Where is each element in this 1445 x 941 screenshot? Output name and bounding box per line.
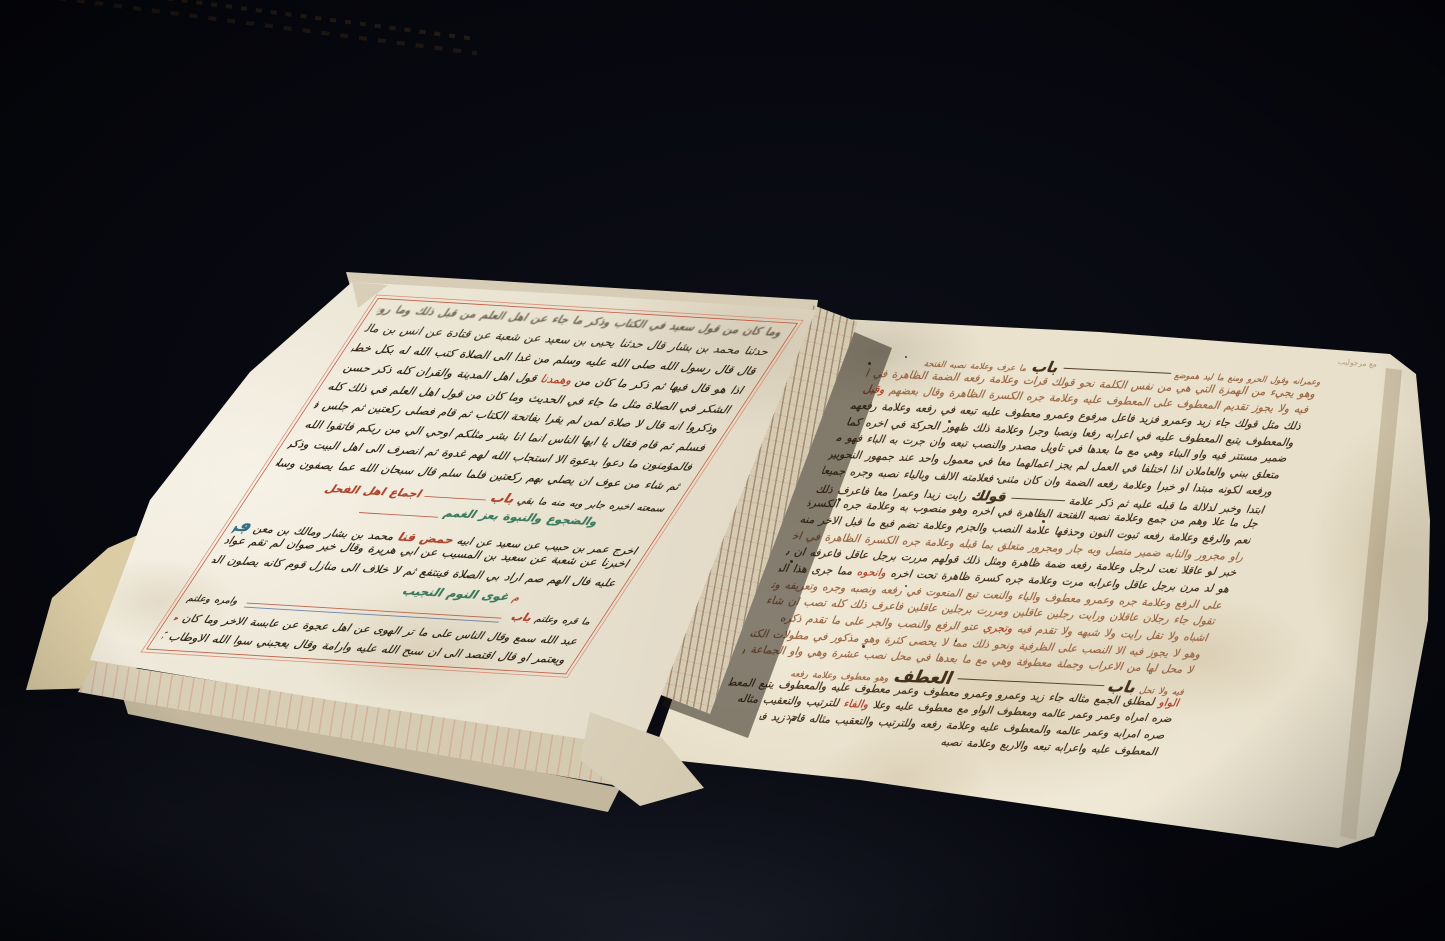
manuscript-photo-scene: وعمرانه وقول الحرو ومنع ما ليد هموضعبابم… — [0, 0, 1445, 941]
photo-vignette — [0, 0, 1445, 941]
